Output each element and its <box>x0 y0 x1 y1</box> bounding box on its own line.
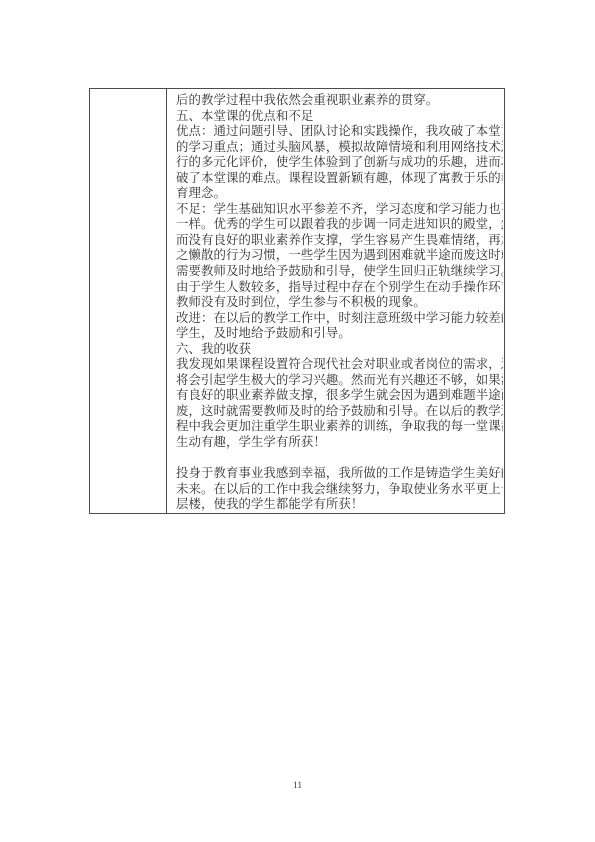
text-line: 之懒散的行为习惯，一些学生因为遇到困难就半途而废这时就 <box>176 248 503 264</box>
table-content-cell: 后的教学过程中我依然会重视职业素养的贯穿。五、本堂课的优点和不足优点：通过问题引… <box>167 89 504 513</box>
text-line: 育理念。 <box>176 186 503 202</box>
text-line: 后的教学过程中我依然会重视职业素养的贯穿。 <box>176 93 503 109</box>
page-number: 11 <box>0 780 595 792</box>
text-line: 生动有趣，学生学有所获！ <box>176 435 503 451</box>
text-line: 有良好的职业素养做支撑，很多学生就会因为遇到难题半途而 <box>176 388 503 404</box>
text-line: 教师没有及时到位，学生参与不积极的现象。 <box>176 295 503 311</box>
text-line: 六、我的收获 <box>176 342 503 358</box>
text-line: 废，这时就需要教师及时的给予鼓励和引导。在以后的教学过 <box>176 404 503 420</box>
text-line: 将会引起学生极大的学习兴趣。然而光有兴趣还不够，如果没 <box>176 373 503 389</box>
text-line: 程中我会更加注重学生职业素养的训练，争取我的每一堂课都 <box>176 419 503 435</box>
text-line <box>176 451 503 467</box>
text-line: 行的多元化评价，使学生体验到了创新与成功的乐趣，进而攻 <box>176 155 503 171</box>
text-line: 层楼，使我的学生都能学有所获！ <box>176 497 503 513</box>
document-page: 后的教学过程中我依然会重视职业素养的贯穿。五、本堂课的优点和不足优点：通过问题引… <box>0 0 595 842</box>
content-table: 后的教学过程中我依然会重视职业素养的贯穿。五、本堂课的优点和不足优点：通过问题引… <box>89 88 505 514</box>
text-line: 破了本堂课的难点。课程设置新颖有趣，体现了寓教于乐的教 <box>176 171 503 187</box>
text-line: 学生，及时地给予鼓励和引导。 <box>176 326 503 342</box>
text-line: 未来。在以后的工作中我会继续努力，争取使业务水平更上一 <box>176 482 503 498</box>
text-line: 优点：通过问题引导、团队讨论和实践操作，我攻破了本堂课 <box>176 124 503 140</box>
text-line: 改进：在以后的教学工作中，时刻注意班级中学习能力较差的 <box>176 311 503 327</box>
text-line: 由于学生人数较多，指导过程中存在个别学生在动手操作环节 <box>176 280 503 296</box>
text-line: 投身于教育事业我感到幸福，我所做的工作是铸造学生美好的 <box>176 466 503 482</box>
text-line: 不足：学生基础知识水平参差不齐，学习态度和学习能力也不 <box>176 202 503 218</box>
text-line: 需要教师及时地给予鼓励和引导，使学生回归正轨继续学习。 <box>176 264 503 280</box>
table-label-cell <box>90 89 167 513</box>
text-line: 一样。优秀的学生可以跟着我的步调一同走进知识的殿堂，然 <box>176 217 503 233</box>
text-line: 而没有良好的职业素养作支撑，学生容易产生畏难情绪，再加 <box>176 233 503 249</box>
text-line: 我发现如果课程设置符合现代社会对职业或者岗位的需求，这 <box>176 357 503 373</box>
text-line: 五、本堂课的优点和不足 <box>176 109 503 125</box>
text-line: 的学习重点；通过头脑风暴，模拟故障情境和利用网络技术进 <box>176 140 503 156</box>
